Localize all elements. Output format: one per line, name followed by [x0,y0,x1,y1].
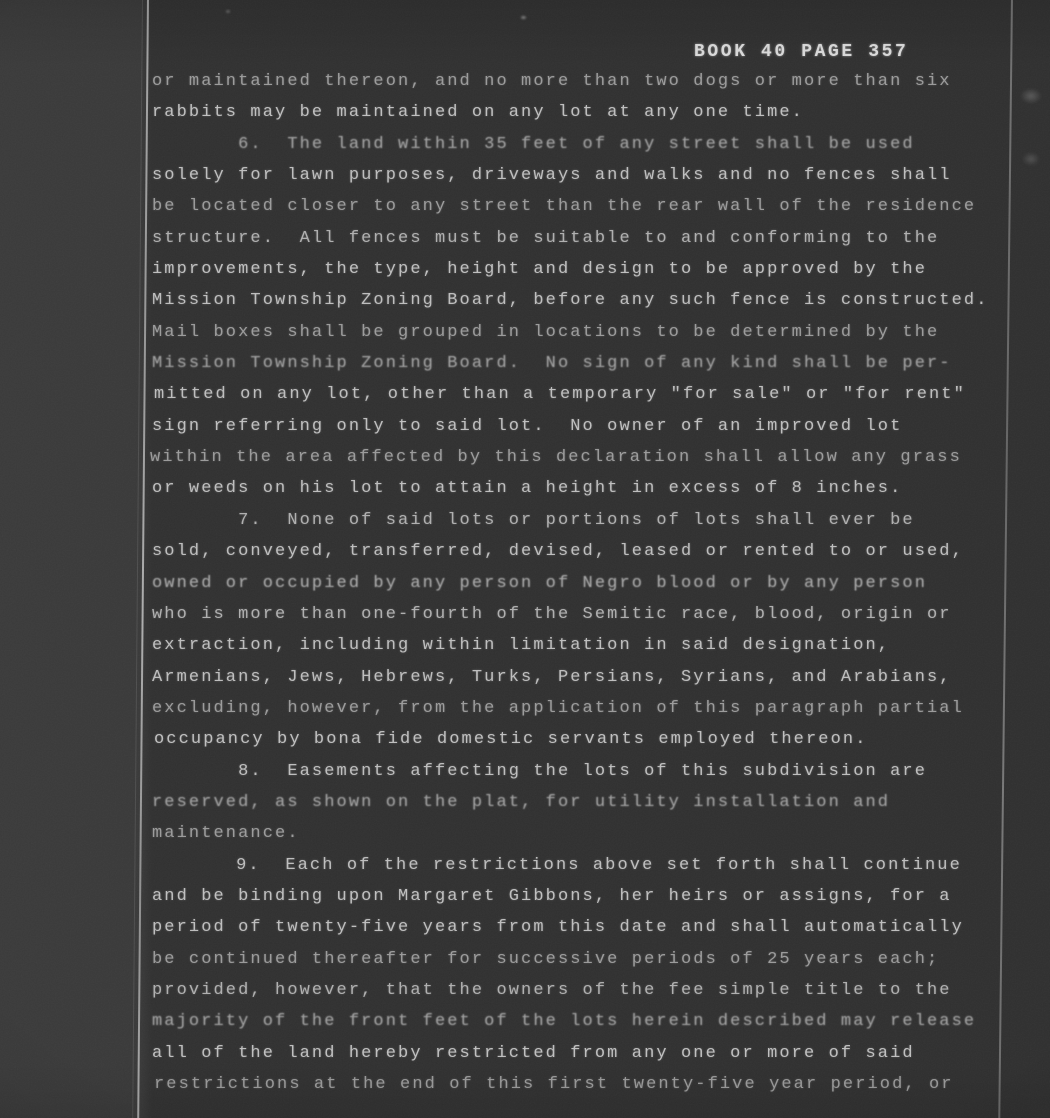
document-line: occupancy by bona fide domestic servants… [154,724,1044,755]
document-line: 8. Easements affecting the lots of this … [152,756,1042,787]
document-line: owned or occupied by any person of Negro… [152,568,1042,599]
document-line: or weeds on his lot to attain a height i… [152,473,1042,504]
document-line: structure. All fences must be suitable t… [152,223,1042,254]
document-line: mitted on any lot, other than a temporar… [154,379,1044,410]
scanned-deed-record-page: BOOK 40 PAGE 357 or maintained thereon, … [0,0,1050,1118]
document-line: majority of the front feet of the lots h… [152,1006,1042,1037]
document-line: within the area affected by this declara… [150,442,1040,473]
document-line: Mail boxes shall be grouped in locations… [152,317,1042,348]
document-line: be located closer to any street than the… [152,191,1042,222]
page-left-edge-line [137,0,149,1118]
scan-speck [521,16,526,19]
document-line: provided, however, that the owners of th… [152,975,1042,1006]
document-line: improvements, the type, height and desig… [152,254,1042,285]
document-line: 9. Each of the restrictions above set fo… [150,850,1040,881]
document-line: be continued thereafter for successive p… [152,944,1042,975]
document-line: reserved, as shown on the plat, for util… [152,787,1042,818]
document-line: Mission Township Zoning Board, before an… [152,285,1042,316]
document-line: 7. None of said lots or portions of lots… [152,505,1042,536]
book-page-header: BOOK 40 PAGE 357 [694,42,908,62]
document-line: period of twenty-five years from this da… [152,912,1042,943]
document-line: maintenance. [152,818,1042,849]
document-line: Mission Township Zoning Board. No sign o… [152,348,1042,379]
document-line: extraction, including within limitation … [152,630,1042,661]
document-line: and be binding upon Margaret Gibbons, he… [152,881,1042,912]
document-line: sign referring only to said lot. No owne… [152,411,1042,442]
document-line: Armenians, Jews, Hebrews, Turks, Persian… [152,662,1042,693]
document-line: who is more than one-fourth of the Semit… [152,599,1042,630]
document-line: excluding, however, from the application… [152,693,1042,724]
document-text-block: or maintained thereon, and no more than … [152,66,1042,1100]
document-line: all of the land hereby restricted from a… [152,1038,1042,1069]
document-line: 6. The land within 35 feet of any street… [152,129,1042,160]
document-line: or maintained thereon, and no more than … [152,66,1042,97]
document-line: sold, conveyed, transferred, devised, le… [152,536,1042,567]
document-line: restrictions at the end of this first tw… [154,1069,1044,1100]
document-line: solely for lawn purposes, driveways and … [152,160,1042,191]
scan-speck [226,10,230,13]
document-line: rabbits may be maintained on any lot at … [152,97,1042,128]
